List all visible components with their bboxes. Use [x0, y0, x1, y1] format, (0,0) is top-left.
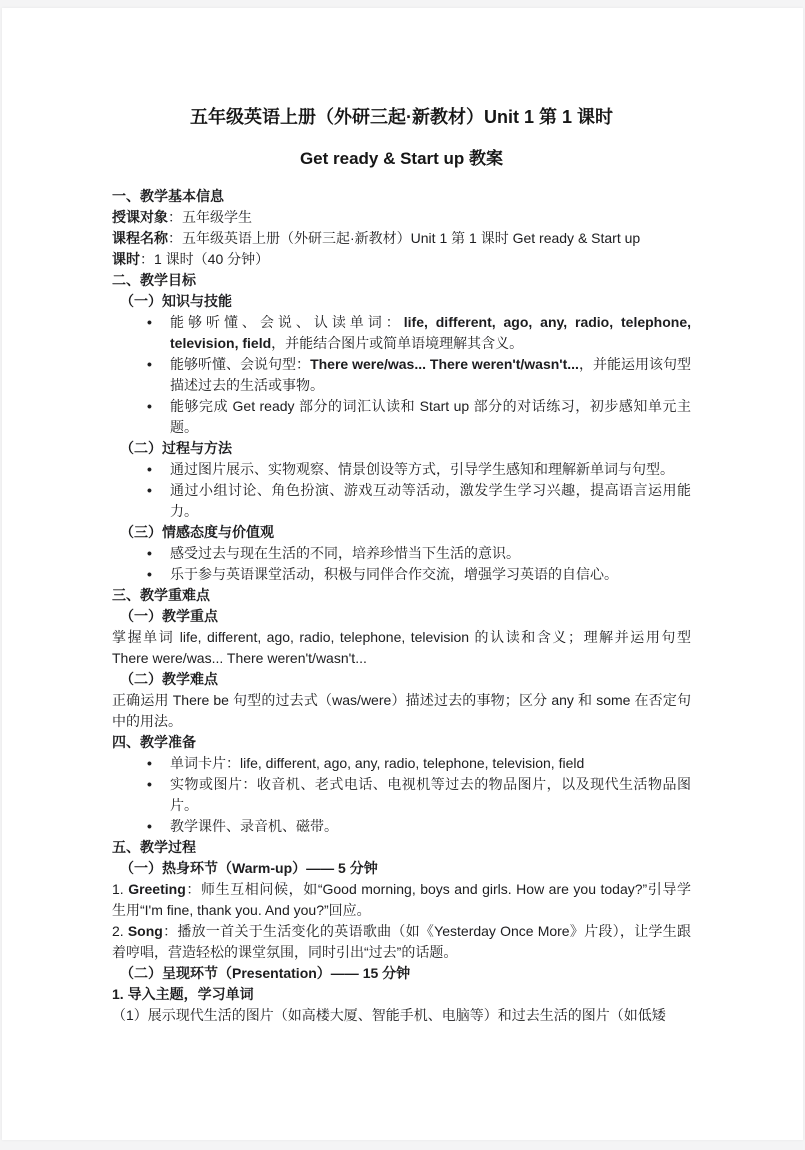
doc-bullet-item: •通过图片展示、实物观察、情景创设等方式，引导学生感知和理解新单词与句型。	[112, 459, 691, 480]
doc-text-bold: Greeting	[128, 881, 186, 897]
doc-text: ：五年级学生	[168, 209, 252, 225]
doc-text-bold: （二）过程与方法	[120, 440, 232, 456]
doc-paragraph: 正确运用 There be 句型的过去式（was/were）描述过去的事物；区分…	[112, 690, 691, 732]
bullet-icon: •	[147, 564, 152, 585]
doc-text-bold: 三、教学重难点	[112, 587, 210, 603]
doc-paragraph: 2. Song：播放一首关于生活变化的英语歌曲（如《Yesterday Once…	[112, 921, 691, 963]
doc-bullet-item: •教学课件、录音机、磁带。	[112, 816, 691, 837]
doc-bullet-item: •单词卡片：life, different, ago, any, radio, …	[112, 753, 691, 774]
doc-text-bold: 1. 导入主题，学习单词	[112, 986, 254, 1002]
doc-body: 一、教学基本信息授课对象：五年级学生课程名称：五年级英语上册（外研三起·新教材）…	[112, 186, 691, 1026]
doc-paragraph: 课时：1 课时（40 分钟）	[112, 249, 691, 270]
doc-subsection-heading: （二）教学难点	[112, 669, 691, 690]
doc-text-bold: （三）情感态度与价值观	[120, 524, 274, 540]
doc-text-bold: （一）教学重点	[120, 608, 218, 624]
doc-text: 教学课件、录音机、磁带。	[170, 818, 338, 834]
doc-bullet-item: •能够听懂、会说句型：There were/was... There weren…	[112, 354, 691, 396]
bullet-icon: •	[147, 459, 152, 480]
doc-text: 2.	[112, 923, 128, 939]
doc-text-bold: （一）知识与技能	[120, 293, 232, 309]
doc-subsection-heading: （二）过程与方法	[112, 438, 691, 459]
doc-text: 1.	[112, 881, 128, 897]
doc-text: ：师生互相问候，如“Good morning, boys and girls. …	[112, 881, 691, 918]
doc-subsection-heading: （二）呈现环节（Presentation）—— 15 分钟	[112, 963, 691, 984]
doc-text-bold: Song	[128, 923, 163, 939]
doc-text-bold: 授课对象	[112, 209, 168, 225]
bullet-icon: •	[147, 396, 152, 417]
doc-text-bold: （二）教学难点	[120, 671, 218, 687]
doc-text: 单词卡片：life, different, ago, any, radio, t…	[170, 755, 584, 771]
doc-text: ：1 课时（40 分钟）	[140, 251, 269, 267]
bullet-icon: •	[147, 774, 152, 795]
doc-text: ：五年级英语上册（外研三起·新教材）Unit 1 第 1 课时 Get read…	[168, 230, 640, 246]
doc-text: 能够听懂、会说、认读单词：	[170, 314, 404, 330]
doc-text-bold: 五、教学过程	[112, 839, 196, 855]
document-page: 五年级英语上册（外研三起·新教材）Unit 1 第 1 课时 Get ready…	[2, 8, 803, 1140]
doc-text: 通过小组讨论、角色扮演、游戏互动等活动，激发学生学习兴趣，提高语言运用能力。	[170, 482, 691, 519]
doc-text-bold: 课程名称	[112, 230, 168, 246]
bullet-icon: •	[147, 312, 152, 333]
doc-text: 实物或图片：收音机、老式电话、电视机等过去的物品图片，以及现代生活物品图片。	[170, 776, 691, 813]
doc-text: （1）展示现代生活的图片（如高楼大厦、智能手机、电脑等）和过去生活的图片（如低矮	[112, 1007, 666, 1023]
doc-bullet-item: •能够听懂、会说、认读单词：life, different, ago, any,…	[112, 312, 691, 354]
doc-text-bold: 二、教学目标	[112, 272, 196, 288]
doc-text: 掌握单词 life, different, ago, radio, teleph…	[112, 629, 691, 666]
doc-subsection-heading: （一）教学重点	[112, 606, 691, 627]
doc-subsection-heading: （三）情感态度与价值观	[112, 522, 691, 543]
doc-bullet-item: •实物或图片：收音机、老式电话、电视机等过去的物品图片，以及现代生活物品图片。	[112, 774, 691, 816]
bullet-icon: •	[147, 480, 152, 501]
doc-text-bold: （二）呈现环节（Presentation）—— 15 分钟	[120, 965, 410, 981]
doc-bold-paragraph: 1. 导入主题，学习单词	[112, 984, 691, 1005]
doc-subsection-heading: （一）知识与技能	[112, 291, 691, 312]
doc-bullet-item: •感受过去与现在生活的不同，培养珍惜当下生活的意识。	[112, 543, 691, 564]
doc-section-heading: 二、教学目标	[112, 270, 691, 291]
doc-text: 能够完成 Get ready 部分的词汇认读和 Start up 部分的对话练习…	[170, 398, 691, 435]
document-subtitle: Get ready & Start up 教案	[112, 147, 691, 171]
doc-paragraph: 授课对象：五年级学生	[112, 207, 691, 228]
doc-bullet-item: •乐于参与英语课堂活动，积极与同伴合作交流，增强学习英语的自信心。	[112, 564, 691, 585]
doc-section-heading: 五、教学过程	[112, 837, 691, 858]
doc-text-bold: （一）热身环节（Warm-up）—— 5 分钟	[120, 860, 378, 876]
bullet-icon: •	[147, 816, 152, 837]
doc-text: 能够听懂、会说句型：	[170, 356, 310, 372]
doc-bullet-item: •能够完成 Get ready 部分的词汇认读和 Start up 部分的对话练…	[112, 396, 691, 438]
doc-section-heading: 三、教学重难点	[112, 585, 691, 606]
bullet-icon: •	[147, 543, 152, 564]
doc-text-bold: 四、教学准备	[112, 734, 196, 750]
doc-text-bold: 一、教学基本信息	[112, 188, 224, 204]
doc-subsection-heading: （一）热身环节（Warm-up）—— 5 分钟	[112, 858, 691, 879]
doc-text: ，并能结合图片或简单语境理解其含义。	[271, 335, 523, 351]
document-title: 五年级英语上册（外研三起·新教材）Unit 1 第 1 课时	[112, 104, 691, 130]
document-content: 五年级英语上册（外研三起·新教材）Unit 1 第 1 课时 Get ready…	[2, 8, 803, 1026]
doc-text: 感受过去与现在生活的不同，培养珍惜当下生活的意识。	[170, 545, 520, 561]
bullet-icon: •	[147, 753, 152, 774]
doc-text-bold: There were/was... There weren't/wasn't..…	[310, 356, 579, 372]
doc-text-bold: 课时	[112, 251, 140, 267]
doc-text: 正确运用 There be 句型的过去式（was/were）描述过去的事物；区分…	[112, 692, 691, 729]
doc-paragraph: 掌握单词 life, different, ago, radio, teleph…	[112, 627, 691, 669]
doc-paragraph: 1. Greeting：师生互相问候，如“Good morning, boys …	[112, 879, 691, 921]
doc-text: 通过图片展示、实物观察、情景创设等方式，引导学生感知和理解新单词与句型。	[170, 461, 674, 477]
doc-bullet-item: •通过小组讨论、角色扮演、游戏互动等活动，激发学生学习兴趣，提高语言运用能力。	[112, 480, 691, 522]
doc-text: ：播放一首关于生活变化的英语歌曲（如《Yesterday Once More》片…	[112, 923, 691, 960]
doc-section-heading: 四、教学准备	[112, 732, 691, 753]
doc-text: 乐于参与英语课堂活动，积极与同伴合作交流，增强学习英语的自信心。	[170, 566, 618, 582]
doc-paragraph: 课程名称：五年级英语上册（外研三起·新教材）Unit 1 第 1 课时 Get …	[112, 228, 691, 249]
bullet-icon: •	[147, 354, 152, 375]
doc-paragraph: （1）展示现代生活的图片（如高楼大厦、智能手机、电脑等）和过去生活的图片（如低矮	[112, 1005, 691, 1026]
doc-section-heading: 一、教学基本信息	[112, 186, 691, 207]
